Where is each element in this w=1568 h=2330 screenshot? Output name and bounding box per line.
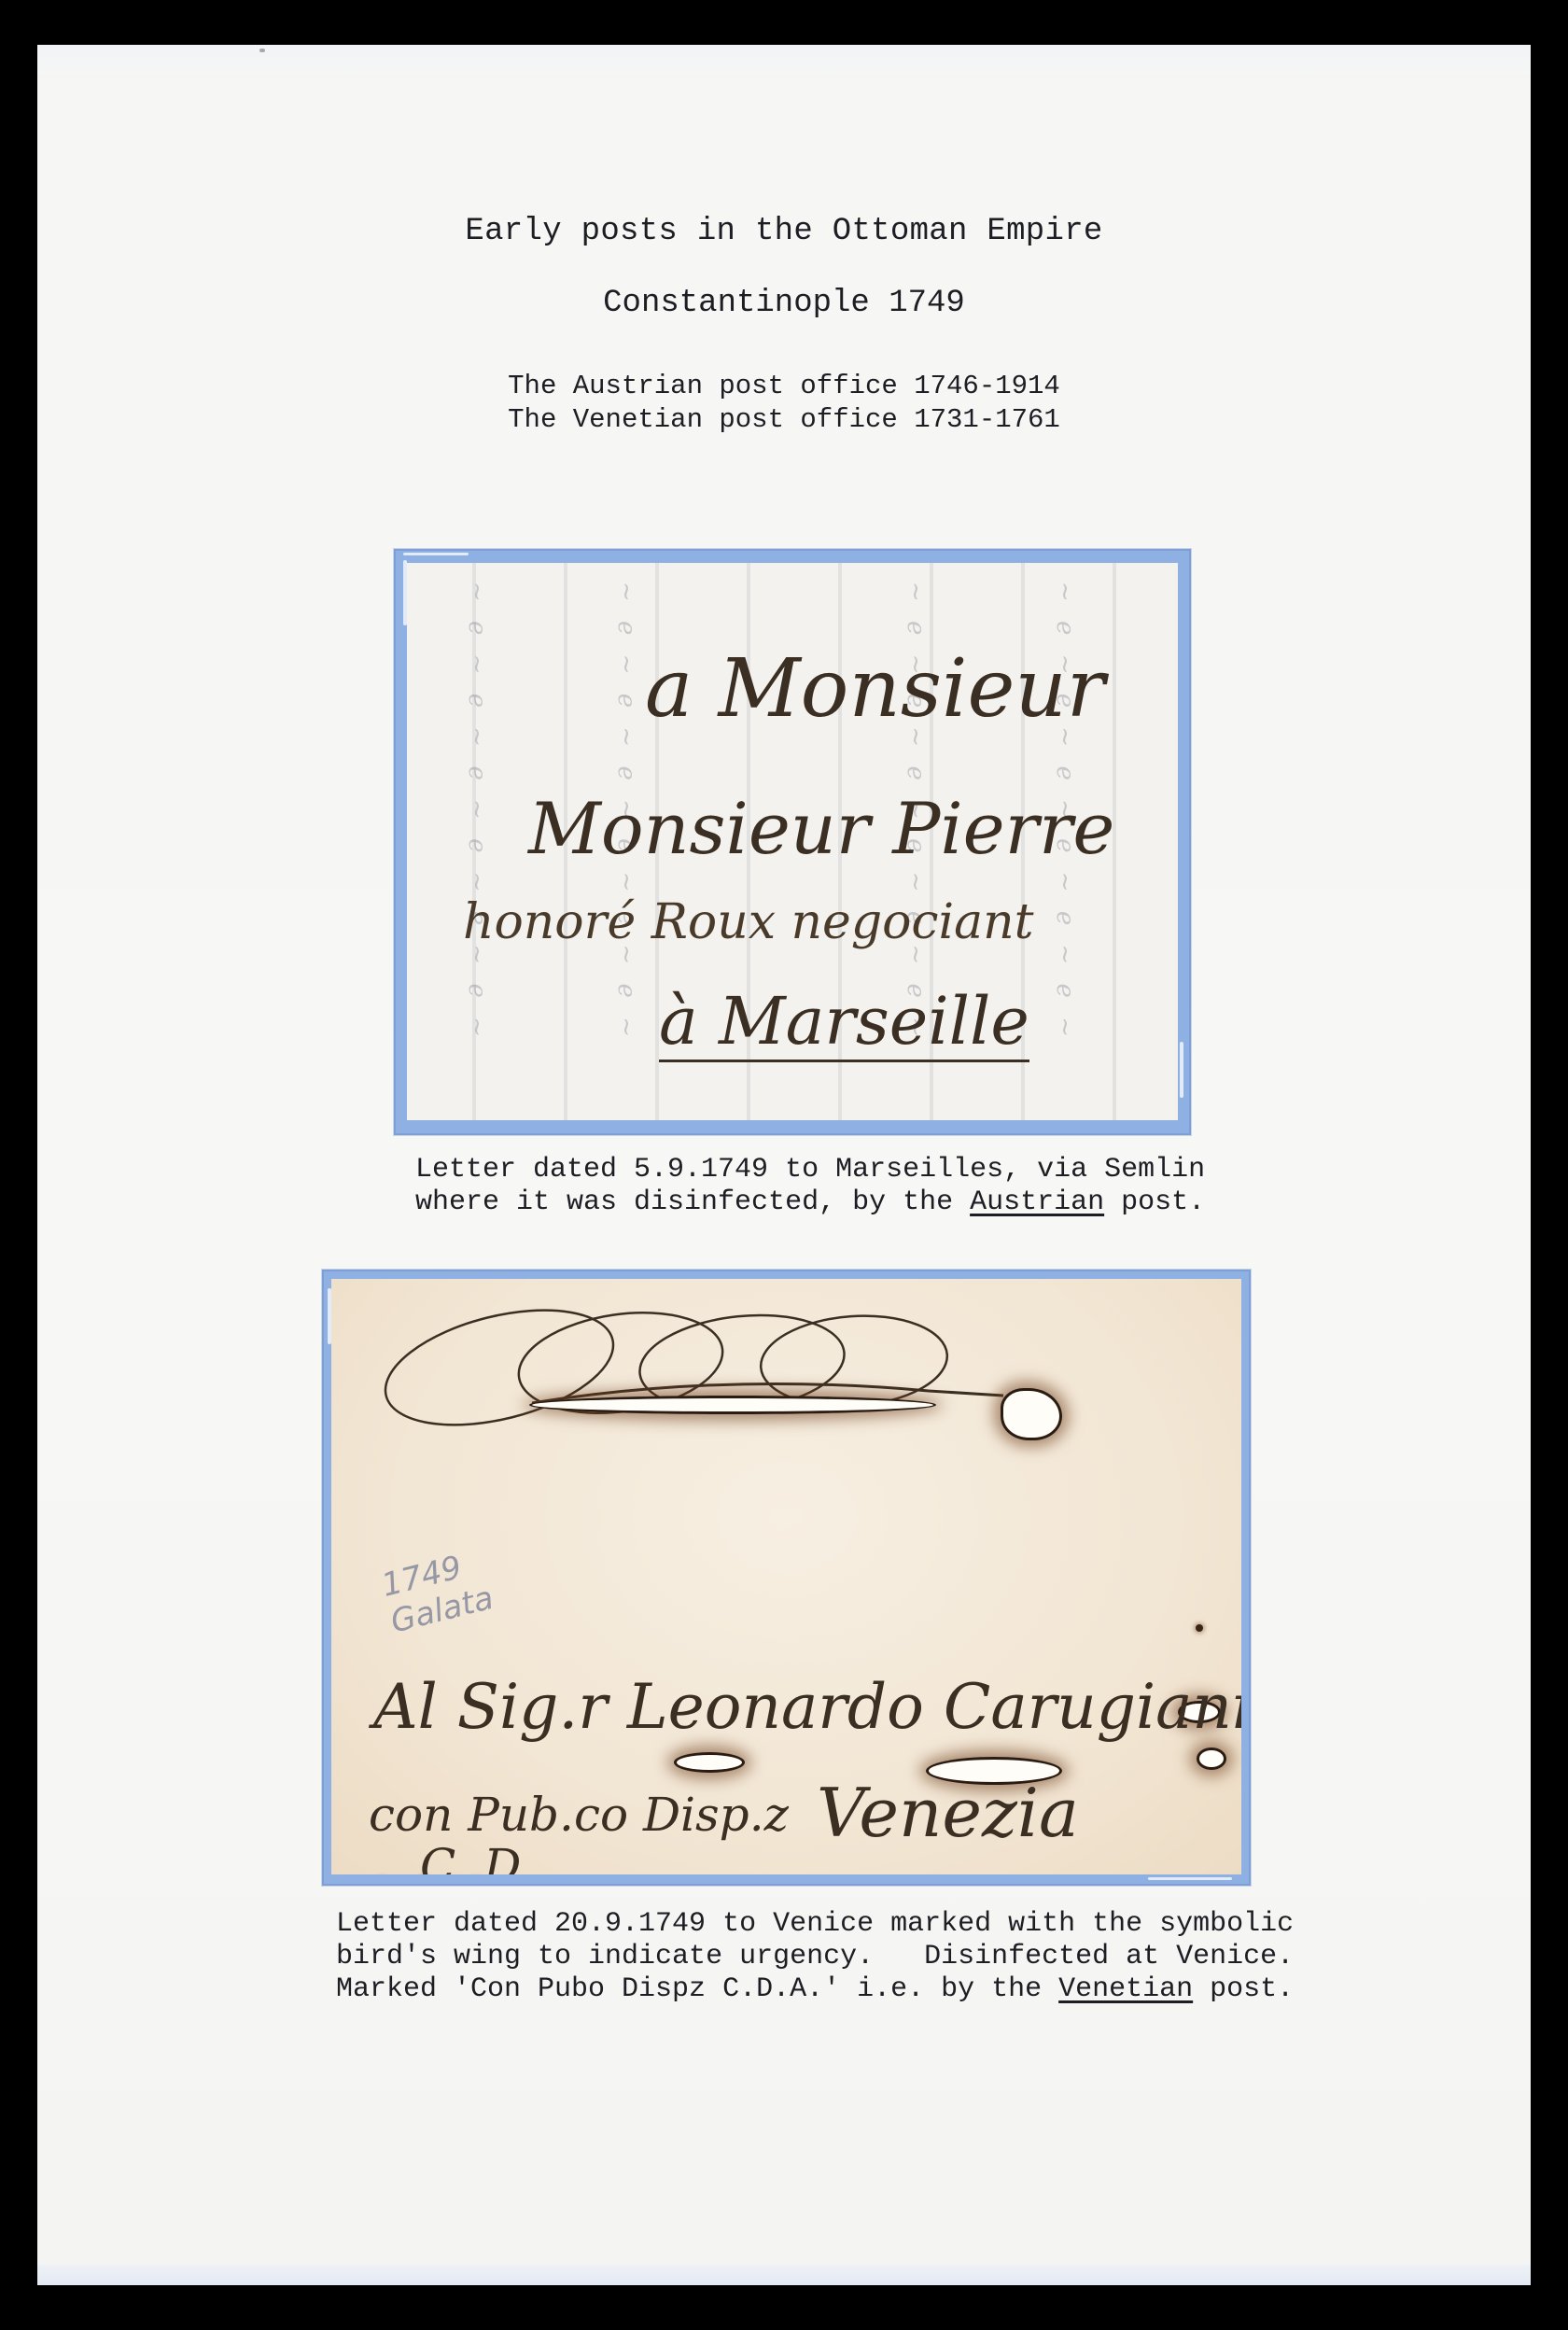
intro-line-venetian: The Venetian post office 1731-1761 [508,404,1060,435]
disinfection-slit [1003,1391,1059,1438]
caption-line: Letter dated 20.9.1749 to Venice marked … [336,1908,1294,1940]
caption-line: post. [1193,1973,1294,2005]
address-line: Venezia [817,1774,1079,1852]
disinfection-slit [532,1398,933,1411]
address-line: C. D. [420,1839,534,1874]
dust-speck [259,49,265,52]
caption-line: bird's wing to indicate urgency. Disinfe… [336,1941,1294,1972]
address-line: honoré Roux negociant [463,894,1034,950]
disinfection-slit [677,1755,742,1770]
address-line: a Monsieur [645,642,1105,736]
letter-2-cover: 1749Galata Al Sig.r Leonardo Carugiani c… [331,1279,1241,1874]
disinfection-slit [1199,1750,1224,1767]
show-through-text: ~ e ~ e ~ e ~ e ~ e ~ e ~ [463,582,491,1043]
caption-line: Marked 'Con Pubo Dispz C.D.A.' i.e. by t… [336,1973,1058,2005]
intro-text: The Austrian post office 1746-1914 The V… [0,370,1568,437]
address-line: con Pub.co Disp.z [369,1788,789,1842]
page-title: Early posts in the Ottoman Empire [0,214,1568,249]
page-subtitle: Constantinople 1749 [0,286,1568,321]
mount-sheen [1180,1042,1183,1098]
address-line: à Marseille [659,983,1029,1062]
address-line: Al Sig.r Leonardo Carugiani [373,1671,1241,1743]
letter-1-caption: Letter dated 5.9.1749 to Marseilles, via… [415,1154,1205,1219]
letter-1-cover: ~ e ~ e ~ e ~ e ~ e ~ e ~ ~ e ~ e ~ e ~ … [407,563,1178,1120]
disinfection-hole [1196,1624,1203,1632]
caption-line: where it was disinfected, by the [415,1186,970,1218]
mount-sheen [403,553,469,555]
address-line: Monsieur Pierre [528,787,1114,870]
caption-underlined-word: Venetian [1058,1973,1193,2005]
caption-line: Letter dated 5.9.1749 to Marseilles, via… [415,1154,1205,1186]
letter-2-caption: Letter dated 20.9.1749 to Venice marked … [336,1908,1294,2006]
caption-line: post. [1104,1186,1205,1218]
intro-line-austrian: The Austrian post office 1746-1914 [508,371,1060,401]
letter-1-mount: ~ e ~ e ~ e ~ e ~ e ~ e ~ ~ e ~ e ~ e ~ … [394,549,1191,1135]
letter-2-mount: 1749Galata Al Sig.r Leonardo Carugiani c… [322,1270,1251,1886]
caption-underlined-word: Austrian [970,1186,1104,1218]
mount-sheen [1148,1877,1232,1880]
